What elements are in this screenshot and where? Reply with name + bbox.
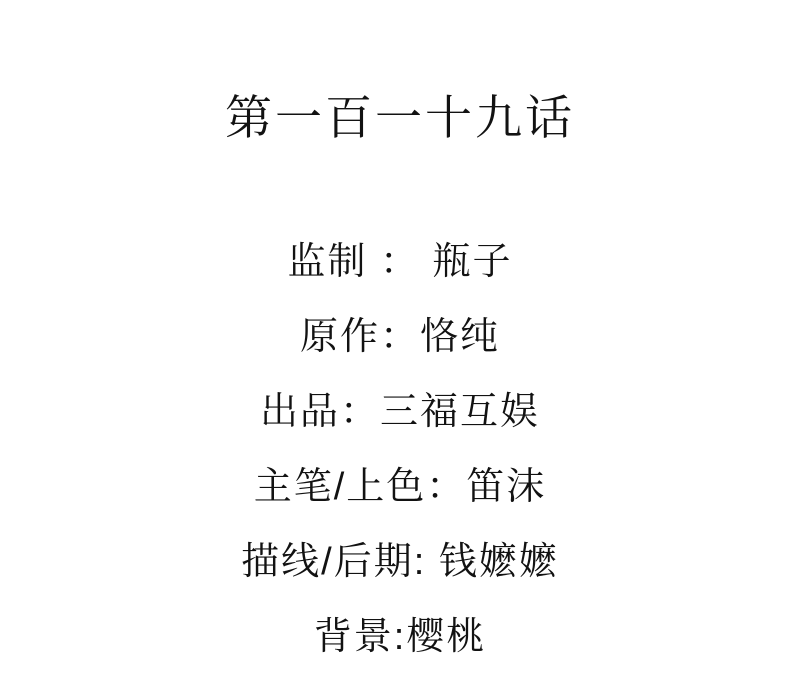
credit-line-supervisor: 监制 ： 瓶子 [287, 243, 512, 281]
credit-line-producer: 出品：三福互娱 [260, 393, 540, 431]
page: 第一百一十九话 监制 ： 瓶子 原作：恪纯 出品：三福互娱 主笔/上色：笛沫 描… [0, 0, 800, 675]
credits-list: 监制 ： 瓶子 原作：恪纯 出品：三福互娱 主笔/上色：笛沫 描线/后期: 钱嬷… [241, 243, 559, 656]
credit-line-original-author: 原作：恪纯 [300, 318, 500, 356]
credit-line-artist-colorist: 主笔/上色：笛沫 [254, 468, 547, 506]
credit-line-background-artist: 背景:樱桃 [314, 618, 487, 656]
chapter-title: 第一百一十九话 [225, 94, 575, 141]
credit-line-lineart-postproduction: 描线/后期: 钱嬷嬷 [241, 543, 559, 581]
